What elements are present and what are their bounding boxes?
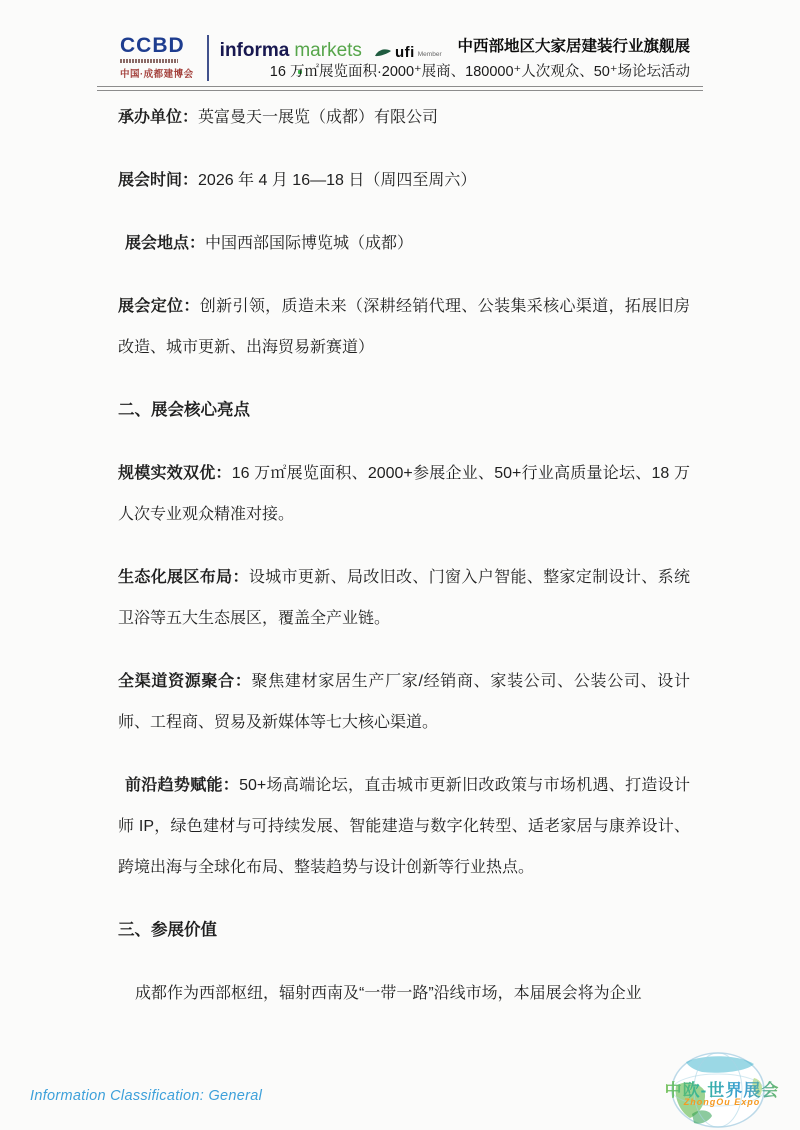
section2-heading: 二、展会核心亮点 xyxy=(118,390,690,431)
expo-logo-english: ZhongOu Expo xyxy=(652,1097,792,1107)
header-subtitle: 16 万㎡展览面积·2000⁺展商、180000⁺人次观众、50⁺场论坛活动 xyxy=(97,61,690,83)
date-label: 展会时间： xyxy=(118,172,198,189)
zones-label: 生态化展区布局： xyxy=(118,569,249,586)
scale-label: 规模实效双优： xyxy=(118,465,232,482)
venue-text: 中国西部国际博览城（成都） xyxy=(205,235,413,252)
venue-label: 展会地点： xyxy=(125,235,205,252)
paragraph-positioning: 展会定位：创新引领，质造未来（深耕经销代理、公装集采核心渠道，拓展旧房改造、城市… xyxy=(118,286,690,368)
positioning-label: 展会定位： xyxy=(118,298,200,315)
paragraph-venue: 展会地点：中国西部国际博览城（成都） xyxy=(118,223,690,264)
section3-heading: 三、参展价值 xyxy=(118,910,690,951)
trends-label: 前沿趋势赋能： xyxy=(125,777,239,794)
zhongou-expo-logo: 中欧-世界展会 ZhongOu Expo xyxy=(652,1050,792,1130)
classification-footer: Information Classification: General xyxy=(30,1088,262,1104)
organizer-label: 承办单位： xyxy=(118,109,198,126)
paragraph-scale: 规模实效双优：16 万㎡展览面积、2000+参展企业、50+行业高质量论坛、18… xyxy=(118,453,690,535)
date-text: 2026 年 4 月 16—18 日（周四至周六） xyxy=(198,172,476,189)
paragraph-value-intro: 成都作为西部枢纽，辐射西南及“一带一路”沿线市场，本届展会将为企业 xyxy=(118,973,690,1014)
paragraph-trends: 前沿趋势赋能：50+场高端论坛，直击城市更新旧改政策与市场机遇、打造设计师 IP… xyxy=(118,765,690,888)
header-double-rule xyxy=(97,86,703,91)
paragraph-zones: 生态化展区布局：设城市更新、局改旧改、门窗入户智能、整家定制设计、系统卫浴等五大… xyxy=(118,557,690,639)
header-title: 中西部地区大家居建装行业旗舰展 xyxy=(97,36,690,58)
paragraph-date: 展会时间：2026 年 4 月 16—18 日（周四至周六） xyxy=(118,160,690,201)
document-body: 承办单位：英富曼天一展览（成都）有限公司 展会时间：2026 年 4 月 16—… xyxy=(118,97,690,1036)
paragraph-channels: 全渠道资源聚合：聚焦建材家居生产厂家/经销商、家装公司、公装公司、设计师、工程商… xyxy=(118,661,690,743)
organizer-text: 英富曼天一展览（成都）有限公司 xyxy=(198,109,438,126)
positioning-text: 创新引领，质造未来（深耕经销代理、公装集采核心渠道，拓展旧房改造、城市更新、出海… xyxy=(118,298,690,356)
channels-label: 全渠道资源聚合： xyxy=(118,673,252,690)
paragraph-organizer: 承办单位：英富曼天一展览（成都）有限公司 xyxy=(118,97,690,138)
